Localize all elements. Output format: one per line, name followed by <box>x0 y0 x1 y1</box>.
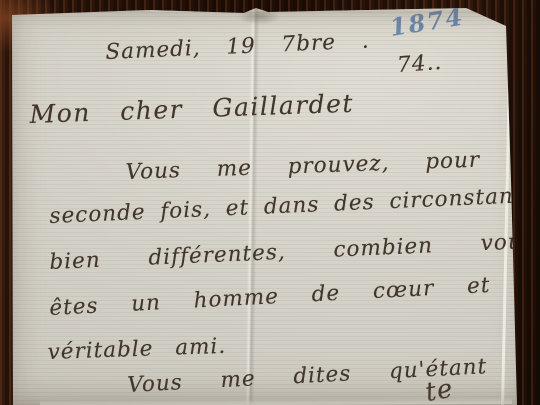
paper-vignette-shading <box>0 0 540 405</box>
letter-photograph: 1874 Samedi, 19 7bre . 74.. Mon cher Gai… <box>0 0 540 405</box>
